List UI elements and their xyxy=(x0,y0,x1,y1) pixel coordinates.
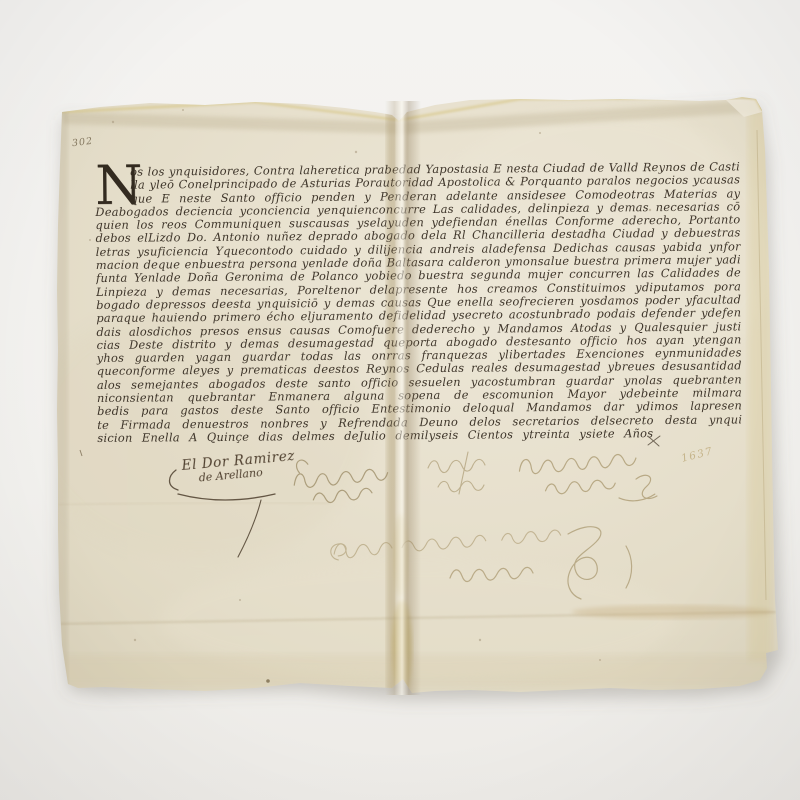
ink-spot xyxy=(266,679,270,683)
manuscript-text: N os los ynquisidores, Contra laheretica… xyxy=(95,160,742,445)
drop-cap-initial: N xyxy=(95,163,143,209)
photo-backdrop: 302 N os los ynquisidores, Contra lahere… xyxy=(0,0,800,800)
